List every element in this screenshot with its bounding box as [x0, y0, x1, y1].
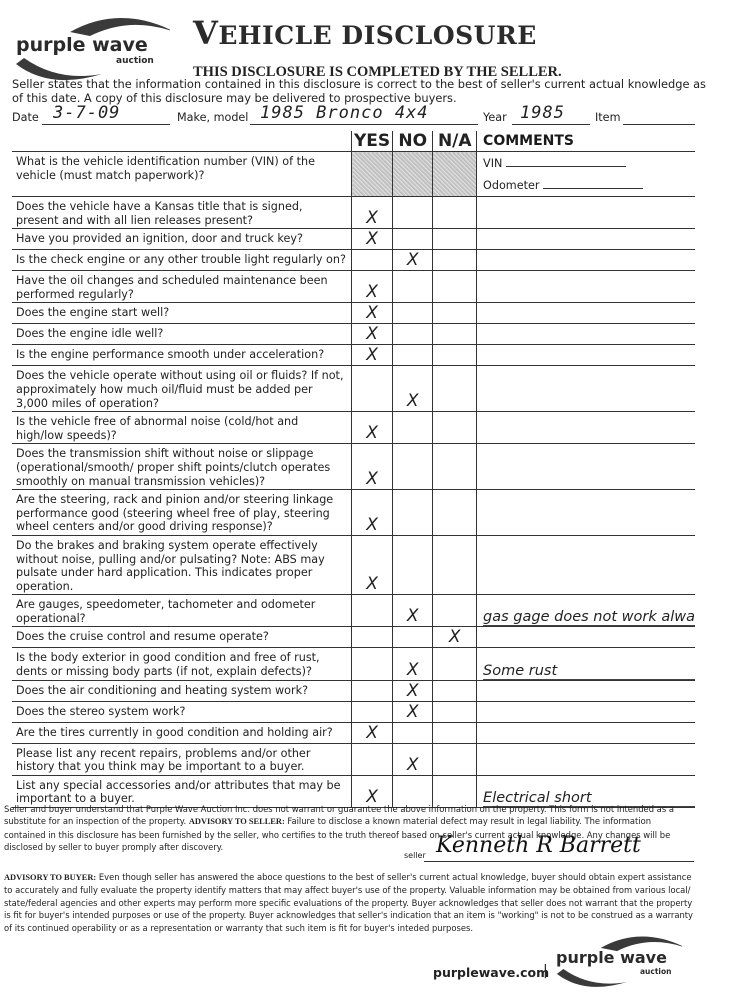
x-mark-icon: X	[366, 471, 378, 487]
comment-cell[interactable]	[477, 250, 695, 271]
x-mark-icon: X	[407, 252, 419, 268]
odometer-value[interactable]	[543, 188, 643, 189]
make-model-label: Make, model	[177, 111, 248, 124]
page-title: VEHICLE DISCLOSURE	[193, 14, 537, 52]
yes-checkbox[interactable]: X	[352, 490, 393, 536]
comments-column-header: COMMENTS	[477, 131, 695, 152]
yes-checkbox[interactable]: X	[352, 197, 393, 229]
table-row: Have the oil changes and scheduled maint…	[12, 271, 695, 303]
yes-checkbox[interactable]	[352, 648, 393, 680]
question-text: Is the check engine or any other trouble…	[12, 250, 352, 271]
question-text: Does the cruise control and resume opera…	[12, 627, 352, 648]
comment-cell[interactable]: gas gage does not work alwa	[477, 595, 695, 627]
logo-wordmark: purple wave	[16, 34, 148, 56]
no-checkbox[interactable]	[392, 345, 433, 366]
make-model-underline	[250, 124, 478, 125]
date-label: Date	[12, 111, 39, 124]
na-checkbox[interactable]	[433, 197, 477, 229]
table-row: Does the stereo system work?X	[12, 701, 695, 722]
comment-cell[interactable]	[477, 324, 695, 345]
yes-checkbox[interactable]: X	[352, 535, 393, 594]
x-mark-icon: X	[366, 231, 378, 247]
comment-cell[interactable]	[477, 722, 695, 743]
footer-logo-subtext: auction	[640, 967, 672, 976]
na-checkbox[interactable]	[433, 229, 477, 250]
advisory-to-buyer-label: ADVISORY TO BUYER:	[4, 873, 96, 882]
vin-label: VIN	[483, 157, 502, 170]
table-row: Does the engine idle well?X	[12, 324, 695, 345]
question-text: Are the steering, rack and pinion and/or…	[12, 490, 352, 536]
na-checkbox[interactable]	[433, 743, 477, 775]
footer-url[interactable]: purplewave.com	[433, 965, 549, 980]
comment-cell[interactable]	[477, 701, 695, 722]
question-text: Does the engine start well?	[12, 303, 352, 324]
question-text: Is the body exterior in good condition a…	[12, 648, 352, 680]
comment-cell[interactable]	[477, 535, 695, 594]
x-mark-icon: X	[366, 326, 378, 342]
signature-line	[424, 861, 694, 862]
yes-checkbox[interactable]	[352, 680, 393, 701]
table-row: Do the brakes and braking system operate…	[12, 535, 695, 594]
table-row: Does the air conditioning and heating sy…	[12, 680, 695, 701]
no-checkbox[interactable]: X	[392, 366, 433, 412]
question-text: Does the vehicle have a Kansas title tha…	[12, 197, 352, 229]
question-text: Is the vehicle free of abnormal noise (c…	[12, 412, 352, 444]
na-checkbox[interactable]	[433, 680, 477, 701]
x-mark-icon: X	[366, 517, 378, 533]
na-checkbox[interactable]	[433, 595, 477, 627]
x-mark-icon: X	[407, 757, 419, 773]
comment-cell[interactable]	[477, 229, 695, 250]
item-field[interactable]	[623, 124, 695, 125]
question-text: Does the engine idle well?	[12, 324, 352, 345]
comment-text: gas gage does not work alwa	[483, 609, 695, 626]
intro-statement: Seller states that the information conta…	[12, 78, 712, 105]
year-label: Year	[483, 111, 507, 124]
no-cell-disabled	[392, 152, 433, 197]
table-header: YES NO N/A COMMENTS	[12, 131, 695, 152]
comment-cell[interactable]	[477, 412, 695, 444]
yes-checkbox[interactable]: X	[352, 412, 393, 444]
comment-cell[interactable]	[477, 444, 695, 490]
logo-subtext: auction	[116, 56, 154, 66]
question-text: Have the oil changes and scheduled maint…	[12, 271, 352, 303]
year-field[interactable]: 1985	[520, 103, 565, 123]
make-model-field[interactable]: 1985 Bronco 4x4	[260, 103, 429, 123]
no-checkbox[interactable]	[392, 535, 433, 594]
x-mark-icon: X	[366, 725, 378, 741]
no-checkbox[interactable]	[392, 229, 433, 250]
x-mark-icon: X	[407, 662, 419, 678]
na-checkbox[interactable]	[433, 490, 477, 536]
yes-checkbox[interactable]	[352, 250, 393, 271]
comment-cell[interactable]	[477, 627, 695, 648]
advisory-to-seller-label: ADVISORY TO SELLER:	[189, 817, 285, 826]
na-checkbox[interactable]	[433, 648, 477, 680]
question-text: Do the brakes and braking system operate…	[12, 535, 352, 594]
na-checkbox[interactable]	[433, 345, 477, 366]
na-checkbox[interactable]	[433, 324, 477, 345]
comment-cell[interactable]	[477, 197, 695, 229]
table-row: Is the engine performance smooth under a…	[12, 345, 695, 366]
yes-checkbox[interactable]	[352, 627, 393, 648]
yes-checkbox[interactable]: X	[352, 345, 393, 366]
purple-wave-logo: purple wave auction	[10, 12, 160, 82]
na-checkbox[interactable]: X	[433, 627, 477, 648]
no-checkbox[interactable]	[392, 271, 433, 303]
no-checkbox[interactable]	[392, 303, 433, 324]
odometer-field[interactable]: Odometer	[483, 170, 695, 196]
na-column-header: N/A	[433, 131, 477, 152]
x-mark-icon: X	[366, 425, 378, 441]
no-checkbox[interactable]	[392, 197, 433, 229]
question-text: Does the transmission shift without nois…	[12, 444, 352, 490]
disclosure-table: YES NO N/A COMMENTS What is the vehicle …	[12, 131, 695, 808]
x-mark-icon: X	[449, 629, 461, 645]
question-text: Have you provided an ignition, door and …	[12, 229, 352, 250]
x-mark-icon: X	[366, 347, 378, 363]
no-checkbox[interactable]: X	[392, 595, 433, 627]
question-text: Are gauges, speedometer, tachometer and …	[12, 595, 352, 627]
na-checkbox[interactable]	[433, 366, 477, 412]
comment-cell[interactable]	[477, 743, 695, 775]
date-field[interactable]: 3-7-09	[53, 103, 120, 123]
question-text: Is the engine performance smooth under a…	[12, 345, 352, 366]
question-text: What is the vehicle identification numbe…	[12, 152, 352, 197]
no-checkbox[interactable]	[392, 444, 433, 490]
question-text: Please list any recent repairs, problems…	[12, 743, 352, 775]
na-checkbox[interactable]	[433, 444, 477, 490]
x-mark-icon: X	[366, 305, 378, 321]
x-mark-icon: X	[366, 210, 378, 226]
yes-checkbox[interactable]	[352, 743, 393, 775]
vin-field[interactable]: VIN	[483, 152, 695, 170]
comment-cell[interactable]	[477, 366, 695, 412]
na-checkbox[interactable]	[433, 722, 477, 743]
x-mark-icon: X	[407, 393, 419, 409]
comment-cell[interactable]	[477, 303, 695, 324]
no-checkbox[interactable]: X	[392, 250, 433, 271]
na-checkbox[interactable]	[433, 303, 477, 324]
na-checkbox[interactable]	[433, 535, 477, 594]
no-checkbox[interactable]: X	[392, 701, 433, 722]
comment-cell[interactable]	[477, 680, 695, 701]
advisory-to-buyer: ADVISORY TO BUYER: Even though seller ha…	[4, 871, 694, 934]
na-checkbox[interactable]	[433, 271, 477, 303]
table-row: Is the vehicle free of abnormal noise (c…	[12, 412, 695, 444]
yes-checkbox[interactable]: X	[352, 324, 393, 345]
x-mark-icon: X	[407, 608, 419, 624]
comment-cell[interactable]	[477, 490, 695, 536]
vin-odometer-cell: VIN Odometer	[477, 152, 695, 197]
no-checkbox[interactable]: X	[392, 743, 433, 775]
yes-checkbox[interactable]: X	[352, 271, 393, 303]
na-cell-disabled	[433, 152, 477, 197]
table-row: Does the engine start well?X	[12, 303, 695, 324]
advisory-to-buyer-text: Even though seller has answered the aboc…	[4, 872, 693, 933]
table-row: Does the vehicle have a Kansas title tha…	[12, 197, 695, 229]
question-text: Does the vehicle operate without using o…	[12, 366, 352, 412]
year-underline	[512, 124, 590, 125]
na-checkbox[interactable]	[433, 412, 477, 444]
question-text: Are the tires currently in good conditio…	[12, 722, 352, 743]
no-checkbox[interactable]: X	[392, 680, 433, 701]
yes-column-header: YES	[352, 131, 393, 152]
no-checkbox[interactable]: X	[392, 648, 433, 680]
x-mark-icon: X	[366, 576, 378, 592]
seller-signature[interactable]: Kenneth R Barrett	[436, 833, 641, 858]
vin-value[interactable]	[506, 166, 626, 167]
table-row: Is the check engine or any other trouble…	[12, 250, 695, 271]
x-mark-icon: X	[407, 704, 419, 720]
x-mark-icon: X	[366, 284, 378, 300]
title-initial: V	[193, 14, 218, 52]
table-row: Does the transmission shift without nois…	[12, 444, 695, 490]
no-checkbox[interactable]	[392, 490, 433, 536]
comment-cell[interactable]	[477, 345, 695, 366]
yes-checkbox[interactable]: X	[352, 444, 393, 490]
yes-checkbox[interactable]	[352, 595, 393, 627]
no-checkbox[interactable]	[392, 627, 433, 648]
title-rest: EHICLE DISCLOSURE	[218, 21, 536, 50]
yes-checkbox[interactable]: X	[352, 303, 393, 324]
no-checkbox[interactable]	[392, 324, 433, 345]
table-row: Have you provided an ignition, door and …	[12, 229, 695, 250]
table-row: Are the tires currently in good conditio…	[12, 722, 695, 743]
table-row: Please list any recent repairs, problems…	[12, 743, 695, 775]
x-mark-icon: X	[407, 683, 419, 699]
date-underline	[42, 124, 170, 125]
na-checkbox[interactable]	[433, 701, 477, 722]
yes-checkbox[interactable]: X	[352, 229, 393, 250]
footer-purple-wave-logo: purple wave auction	[552, 930, 702, 1000]
question-text: Does the stereo system work?	[12, 701, 352, 722]
comment-cell[interactable]: Some rust	[477, 648, 695, 680]
comment-cell[interactable]	[477, 271, 695, 303]
comment-text: Some rust	[483, 663, 695, 680]
question-column-header	[12, 131, 352, 152]
table-row: Does the vehicle operate without using o…	[12, 366, 695, 412]
no-column-header: NO	[392, 131, 433, 152]
yes-cell-disabled	[352, 152, 393, 197]
yes-checkbox[interactable]: X	[352, 722, 393, 743]
yes-checkbox[interactable]	[352, 366, 393, 412]
footer-logo-wordmark: purple wave	[556, 948, 667, 967]
no-checkbox[interactable]	[392, 722, 433, 743]
table-row: Are gauges, speedometer, tachometer and …	[12, 595, 695, 627]
no-checkbox[interactable]	[392, 412, 433, 444]
na-checkbox[interactable]	[433, 250, 477, 271]
table-row: Does the cruise control and resume opera…	[12, 627, 695, 648]
yes-checkbox[interactable]	[352, 701, 393, 722]
vin-row: What is the vehicle identification numbe…	[12, 152, 695, 197]
table-row: Is the body exterior in good condition a…	[12, 648, 695, 680]
odometer-label: Odometer	[483, 179, 539, 192]
question-text: Does the air conditioning and heating sy…	[12, 680, 352, 701]
footer-separator: |	[543, 963, 548, 979]
table-row: Are the steering, rack and pinion and/or…	[12, 490, 695, 536]
seller-signature-label: seller	[404, 851, 426, 860]
item-label: Item	[595, 111, 620, 124]
